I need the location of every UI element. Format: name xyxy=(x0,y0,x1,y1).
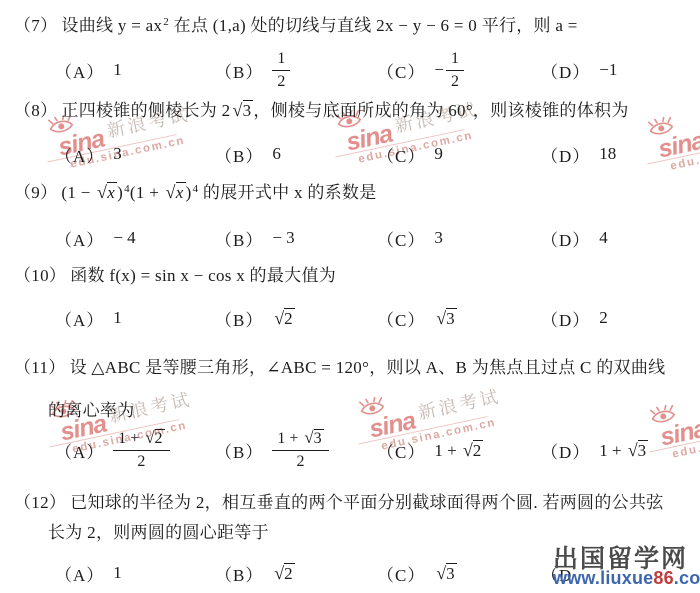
sqrt-radical: √ xyxy=(436,563,446,583)
fraction: 1 + √2 2 xyxy=(113,428,169,472)
option-value: − 3 xyxy=(272,228,294,248)
option-value: −1 xyxy=(599,60,617,80)
liuxue-url-mid: 86 xyxy=(653,568,673,588)
sqrt-argument: 2 xyxy=(473,440,484,460)
option-value: 1 xyxy=(113,308,122,328)
question-10-options: （A） 1 （B） √2 （C） √3 （D） 2 xyxy=(0,303,700,333)
sqrt-radical: √ xyxy=(166,182,176,202)
q11-option-b: （B） 1 + √3 2 xyxy=(215,422,329,478)
sqrt-argument: x xyxy=(107,182,117,202)
value-text: 1 + xyxy=(434,441,461,460)
option-value: − 4 xyxy=(113,228,135,248)
option-value: √3 xyxy=(434,563,456,584)
sqrt-radical: √ xyxy=(304,428,313,447)
q10-option-a: （A） 1 xyxy=(55,303,122,333)
option-value: 1 xyxy=(113,563,122,583)
sqrt-radical: √ xyxy=(463,440,473,460)
stem-text: 已知球的半径为 2，相互垂直的两个平面分别截球面得两个圆. 若两圆的公共弦 xyxy=(70,493,663,512)
stem-text: ，侧棱与底面所成的角为 60°，则该棱锥的体积为 xyxy=(253,101,628,120)
question-8-stem: （8）正四棱锥的侧棱长为 2√3，侧棱与底面所成的角为 60°，则该棱锥的体积为 xyxy=(14,96,629,121)
fraction: 1 + √3 2 xyxy=(272,428,328,472)
question-12-stem-line2: 长为 2，则两圆的圆心距等于 xyxy=(48,518,269,543)
option-value: 1 + √3 xyxy=(599,440,648,461)
q7-option-d: （D） −1 xyxy=(541,45,617,95)
question-9-options: （A） − 4 （B） − 3 （C） 3 （D） 4 xyxy=(0,224,700,252)
question-11-stem-line1: （11）设 △ABC 是等腰三角形，∠ABC = 120°，则以 A、B 为焦点… xyxy=(14,353,665,378)
q7-option-a: （A） 1 xyxy=(55,45,122,95)
question-7-stem: （7）设曲线 y = ax2 在点 (1,a) 处的切线与直线 2x − y −… xyxy=(14,11,578,36)
question-8-options: （A） 3 （B） 6 （C） 9 （D） 18 xyxy=(0,140,700,168)
q10-option-d: （D） 2 xyxy=(541,303,608,333)
option-value: 1 xyxy=(113,60,122,80)
option-value: 3 xyxy=(434,228,443,248)
option-value: √3 xyxy=(434,308,456,329)
question-10-stem: （10）函数 f(x) = sin x − cos x 的最大值为 xyxy=(14,261,336,286)
sqrt-radical: √ xyxy=(436,308,446,328)
stem-text: (1 + xyxy=(130,183,164,202)
option-value: 1 + √2 xyxy=(434,440,483,461)
sqrt-radical: √ xyxy=(274,563,284,583)
fraction: 1 2 xyxy=(446,49,464,92)
q9-option-d: （D） 4 xyxy=(541,224,608,252)
fraction-denominator: 2 xyxy=(446,71,464,92)
question-number: （8） xyxy=(14,101,57,120)
option-label: （C） xyxy=(377,226,425,251)
q7-option-c: （C） − 1 2 xyxy=(377,45,464,95)
sqrt-radical: √ xyxy=(97,182,107,202)
option-label: （B） xyxy=(215,438,263,463)
option-value: 18 xyxy=(599,144,616,164)
option-label: （B） xyxy=(215,142,263,167)
numerator-text: 1 + xyxy=(118,430,143,447)
option-label: （D） xyxy=(541,226,590,251)
q8-option-a: （A） 3 xyxy=(55,140,122,168)
option-value: 2 xyxy=(599,308,608,328)
sqrt-radical: √ xyxy=(274,308,284,328)
q8-option-b: （B） 6 xyxy=(215,140,281,168)
question-number: （12） xyxy=(14,493,66,512)
q8-option-d: （D） 18 xyxy=(541,140,616,168)
liuxue-url: www.liuxue86.com xyxy=(553,569,700,587)
sqrt-argument: 3 xyxy=(243,100,254,120)
stem-text: ) xyxy=(117,183,123,202)
sqrt-radical: √ xyxy=(232,100,242,120)
option-label: （D） xyxy=(541,438,590,463)
sqrt-argument: 3 xyxy=(314,429,324,447)
option-label: （A） xyxy=(55,561,104,586)
stem-text: (1 − xyxy=(61,183,95,202)
q9-option-c: （C） 3 xyxy=(377,224,443,252)
q9-option-b: （B） − 3 xyxy=(215,224,295,252)
option-label: （C） xyxy=(377,58,425,83)
stem-text: ) xyxy=(186,183,192,202)
sqrt-argument: 2 xyxy=(284,308,295,328)
option-label: （B） xyxy=(215,226,263,251)
q10-option-b: （B） √2 xyxy=(215,303,295,333)
option-label: （B） xyxy=(215,561,263,586)
option-value: 4 xyxy=(599,228,608,248)
stem-text: 设曲线 y = ax xyxy=(61,16,162,35)
option-label: （A） xyxy=(55,226,104,251)
option-value: 6 xyxy=(272,144,281,164)
option-label: （C） xyxy=(377,438,425,463)
option-label: （A） xyxy=(55,142,104,167)
option-label: （A） xyxy=(55,306,104,331)
value-text: 1 + xyxy=(599,441,626,460)
question-number: （11） xyxy=(14,358,66,377)
liuxue-url-post: .com xyxy=(674,568,700,588)
questions-layer: （7）设曲线 y = ax2 在点 (1,a) 处的切线与直线 2x − y −… xyxy=(0,0,700,593)
option-value: 3 xyxy=(113,144,122,164)
fraction-denominator: 2 xyxy=(272,71,290,92)
sqrt-argument: 2 xyxy=(155,429,165,447)
q7-option-b: （B） 1 2 xyxy=(215,45,290,95)
stem-text: 在点 (1,a) 处的切线与直线 2x − y − 6 = 0 平行，则 a = xyxy=(169,16,578,35)
exam-page: { "document": { "background": "#ffffff",… xyxy=(0,0,700,593)
question-9-stem: （9）(1 − √x)4(1 + √x)4 的展开式中 x 的系数是 xyxy=(14,178,377,203)
stem-text: 的离心率为 xyxy=(48,401,135,420)
q9-option-a: （A） − 4 xyxy=(55,224,136,252)
q8-option-c: （C） 9 xyxy=(377,140,443,168)
fraction-numerator: 1 + √3 xyxy=(272,428,328,451)
fraction-numerator: 1 xyxy=(446,49,464,71)
fraction-numerator: 1 xyxy=(272,49,290,71)
option-label: （D） xyxy=(541,306,590,331)
q11-option-a: （A） 1 + √2 2 xyxy=(55,422,170,478)
minus-sign: − xyxy=(434,60,444,80)
stem-text: 函数 f(x) = sin x − cos x 的最大值为 xyxy=(70,266,336,285)
sqrt-argument: 3 xyxy=(446,563,457,583)
option-label: （C） xyxy=(377,142,425,167)
numerator-text: 1 + xyxy=(277,430,302,447)
option-value: √2 xyxy=(272,563,294,584)
stem-text: 长为 2，则两圆的圆心距等于 xyxy=(48,523,269,542)
stem-text: 正四棱锥的侧棱长为 2 xyxy=(61,101,230,120)
option-label: （B） xyxy=(215,58,263,83)
q12-option-a: （A） 1 xyxy=(55,558,122,588)
liuxue-watermark: 出国留学网 www.liuxue86.com xyxy=(553,547,700,587)
sqrt-radical: √ xyxy=(628,440,638,460)
question-11-stem-line2: 的离心率为 xyxy=(48,396,135,421)
question-number: （7） xyxy=(14,16,57,35)
question-11-options: （A） 1 + √2 2 （B） 1 + √3 2 （C） 1 + √2 （D）… xyxy=(0,422,700,478)
option-label: （C） xyxy=(377,561,425,586)
sqrt-argument: 2 xyxy=(284,563,295,583)
option-label: （D） xyxy=(541,58,590,83)
question-12-stem-line1: （12）已知球的半径为 2，相互垂直的两个平面分别截球面得两个圆. 若两圆的公共… xyxy=(14,488,664,513)
sqrt-argument: 3 xyxy=(446,308,457,328)
q12-option-b: （B） √2 xyxy=(215,558,295,588)
fraction-denominator: 2 xyxy=(132,451,150,472)
q11-option-c: （C） 1 + √2 xyxy=(377,422,483,478)
stem-text: 设 △ABC 是等腰三角形，∠ABC = 120°，则以 A、B 为焦点且过点 … xyxy=(70,358,666,377)
option-label: （A） xyxy=(55,438,104,463)
q10-option-c: （C） √3 xyxy=(377,303,457,333)
fraction-denominator: 2 xyxy=(291,451,309,472)
q11-option-d: （D） 1 + √3 xyxy=(541,422,648,478)
fraction: 1 2 xyxy=(272,49,290,92)
option-value: 9 xyxy=(434,144,443,164)
option-label: （C） xyxy=(377,306,425,331)
option-label: （B） xyxy=(215,306,263,331)
sqrt-argument: 3 xyxy=(638,440,649,460)
option-label: （D） xyxy=(541,142,590,167)
liuxue-url-pre: www.liuxue xyxy=(553,568,653,588)
q12-option-c: （C） √3 xyxy=(377,558,457,588)
fraction-numerator: 1 + √2 xyxy=(113,428,169,451)
sqrt-radical: √ xyxy=(145,428,154,447)
question-number: （10） xyxy=(14,266,66,285)
question-7-options: （A） 1 （B） 1 2 （C） − 1 2 （D） −1 xyxy=(0,45,700,95)
option-label: （A） xyxy=(55,58,104,83)
question-number: （9） xyxy=(14,183,57,202)
sqrt-argument: x xyxy=(176,182,186,202)
stem-text: 的展开式中 x 的系数是 xyxy=(198,183,376,202)
option-value: √2 xyxy=(272,308,294,329)
